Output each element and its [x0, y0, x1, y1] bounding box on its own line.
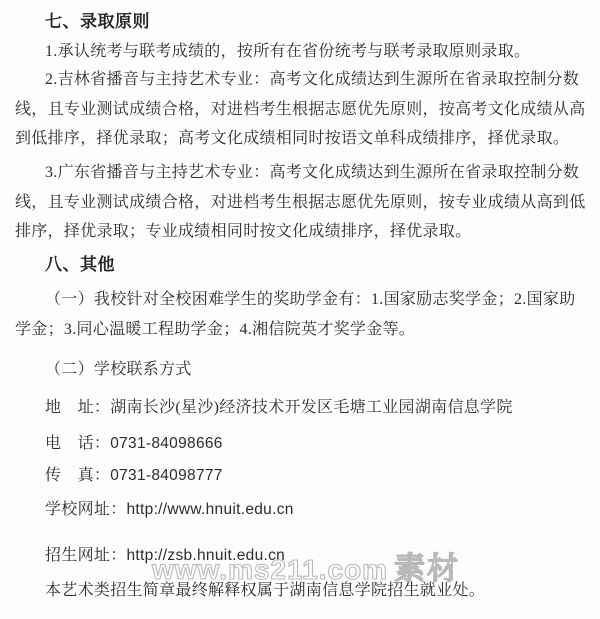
text-line: （一）我校针对全校困难学生的奖助学金有：1.国家励志奖学金；2.国家助 — [15, 285, 590, 315]
contact-row-fax: 传 真：0731-84098777 — [45, 465, 223, 487]
text-line: 到低排序，择优录取；高考文化成绩相同时按语文单科成绩排序，择优录取。 — [15, 124, 590, 154]
text-line: 1.承认统考与联考成绩的，按所有在省份统考与联考录取原则录取。 — [15, 37, 590, 67]
closing-statement: 本艺术类招生简章最终解释权属于湖南信息学院招生就业处。 — [45, 580, 485, 602]
text-line: 排序，择优录取；专业成绩相同时按文化成绩排序，择优录取。 — [15, 217, 590, 247]
contact-label-fax: 传 真： — [45, 467, 110, 484]
contact-value-address: 湖南长沙(星沙)经济技术开发区毛塘工业园湖南信息学院 — [110, 399, 512, 416]
contact-value-school-website-url: http://www.hnuit.edu.cn — [127, 501, 294, 518]
contact-label-address: 地 址： — [45, 399, 110, 416]
contact-row-address: 地 址：湖南长沙(星沙)经济技术开发区毛塘工业园湖南信息学院 — [45, 397, 513, 419]
document-page: 七、录取原则 1.承认统考与联考成绩的，按所有在省份统考与联考录取原则录取。 2… — [0, 0, 600, 619]
text-line: 线，且专业测试成绩合格，对进档考生根据志愿优先原则，按高考文化成绩从高 — [15, 95, 590, 125]
contact-value-fax: 0731-84098777 — [110, 467, 223, 484]
contact-value-phone: 0731-84098666 — [110, 435, 223, 452]
contact-label-phone: 电 话： — [45, 435, 110, 452]
paragraph-unified-exam: 1.承认统考与联考成绩的，按所有在省份统考与联考录取原则录取。 — [15, 37, 590, 67]
section-heading-other: 八、其他 — [45, 254, 115, 276]
contact-row-school-website: 学校网址：http://www.hnuit.edu.cn — [45, 499, 294, 521]
text-line: 学金；3.同心温暖工程助学金；4.湘信院英才奖学金等。 — [15, 315, 590, 345]
section-heading-admission: 七、录取原则 — [45, 11, 150, 33]
text-line: 3.广东省播音与主持艺术专业：高考文化成绩达到生源所在省录取控制分数 — [15, 158, 590, 188]
contact-label-admissions-website: 招生网址： — [45, 547, 127, 564]
text-line: 2.吉林省播音与主持艺术专业：高考文化成绩达到生源所在省录取控制分数 — [15, 65, 590, 95]
contact-section-heading: （二）学校联系方式 — [45, 359, 192, 381]
paragraph-guangdong-rule: 3.广东省播音与主持艺术专业：高考文化成绩达到生源所在省录取控制分数线，且专业测… — [15, 158, 590, 247]
contact-row-phone: 电 话：0731-84098666 — [45, 433, 223, 455]
paragraph-jilin-rule: 2.吉林省播音与主持艺术专业：高考文化成绩达到生源所在省录取控制分数线，且专业测… — [15, 65, 590, 154]
contact-value-admissions-website-url: http://zsb.hnuit.edu.cn — [127, 547, 286, 564]
contact-row-admissions-website: 招生网址：http://zsb.hnuit.edu.cn — [45, 545, 285, 567]
text-line: 线，且专业测试成绩合格，对进档考生根据志愿优先原则，按专业成绩从高到低 — [15, 188, 590, 218]
contact-label-school-website: 学校网址： — [45, 501, 127, 518]
paragraph-scholarships: （一）我校针对全校困难学生的奖助学金有：1.国家励志奖学金；2.国家助学金；3.… — [15, 285, 590, 345]
